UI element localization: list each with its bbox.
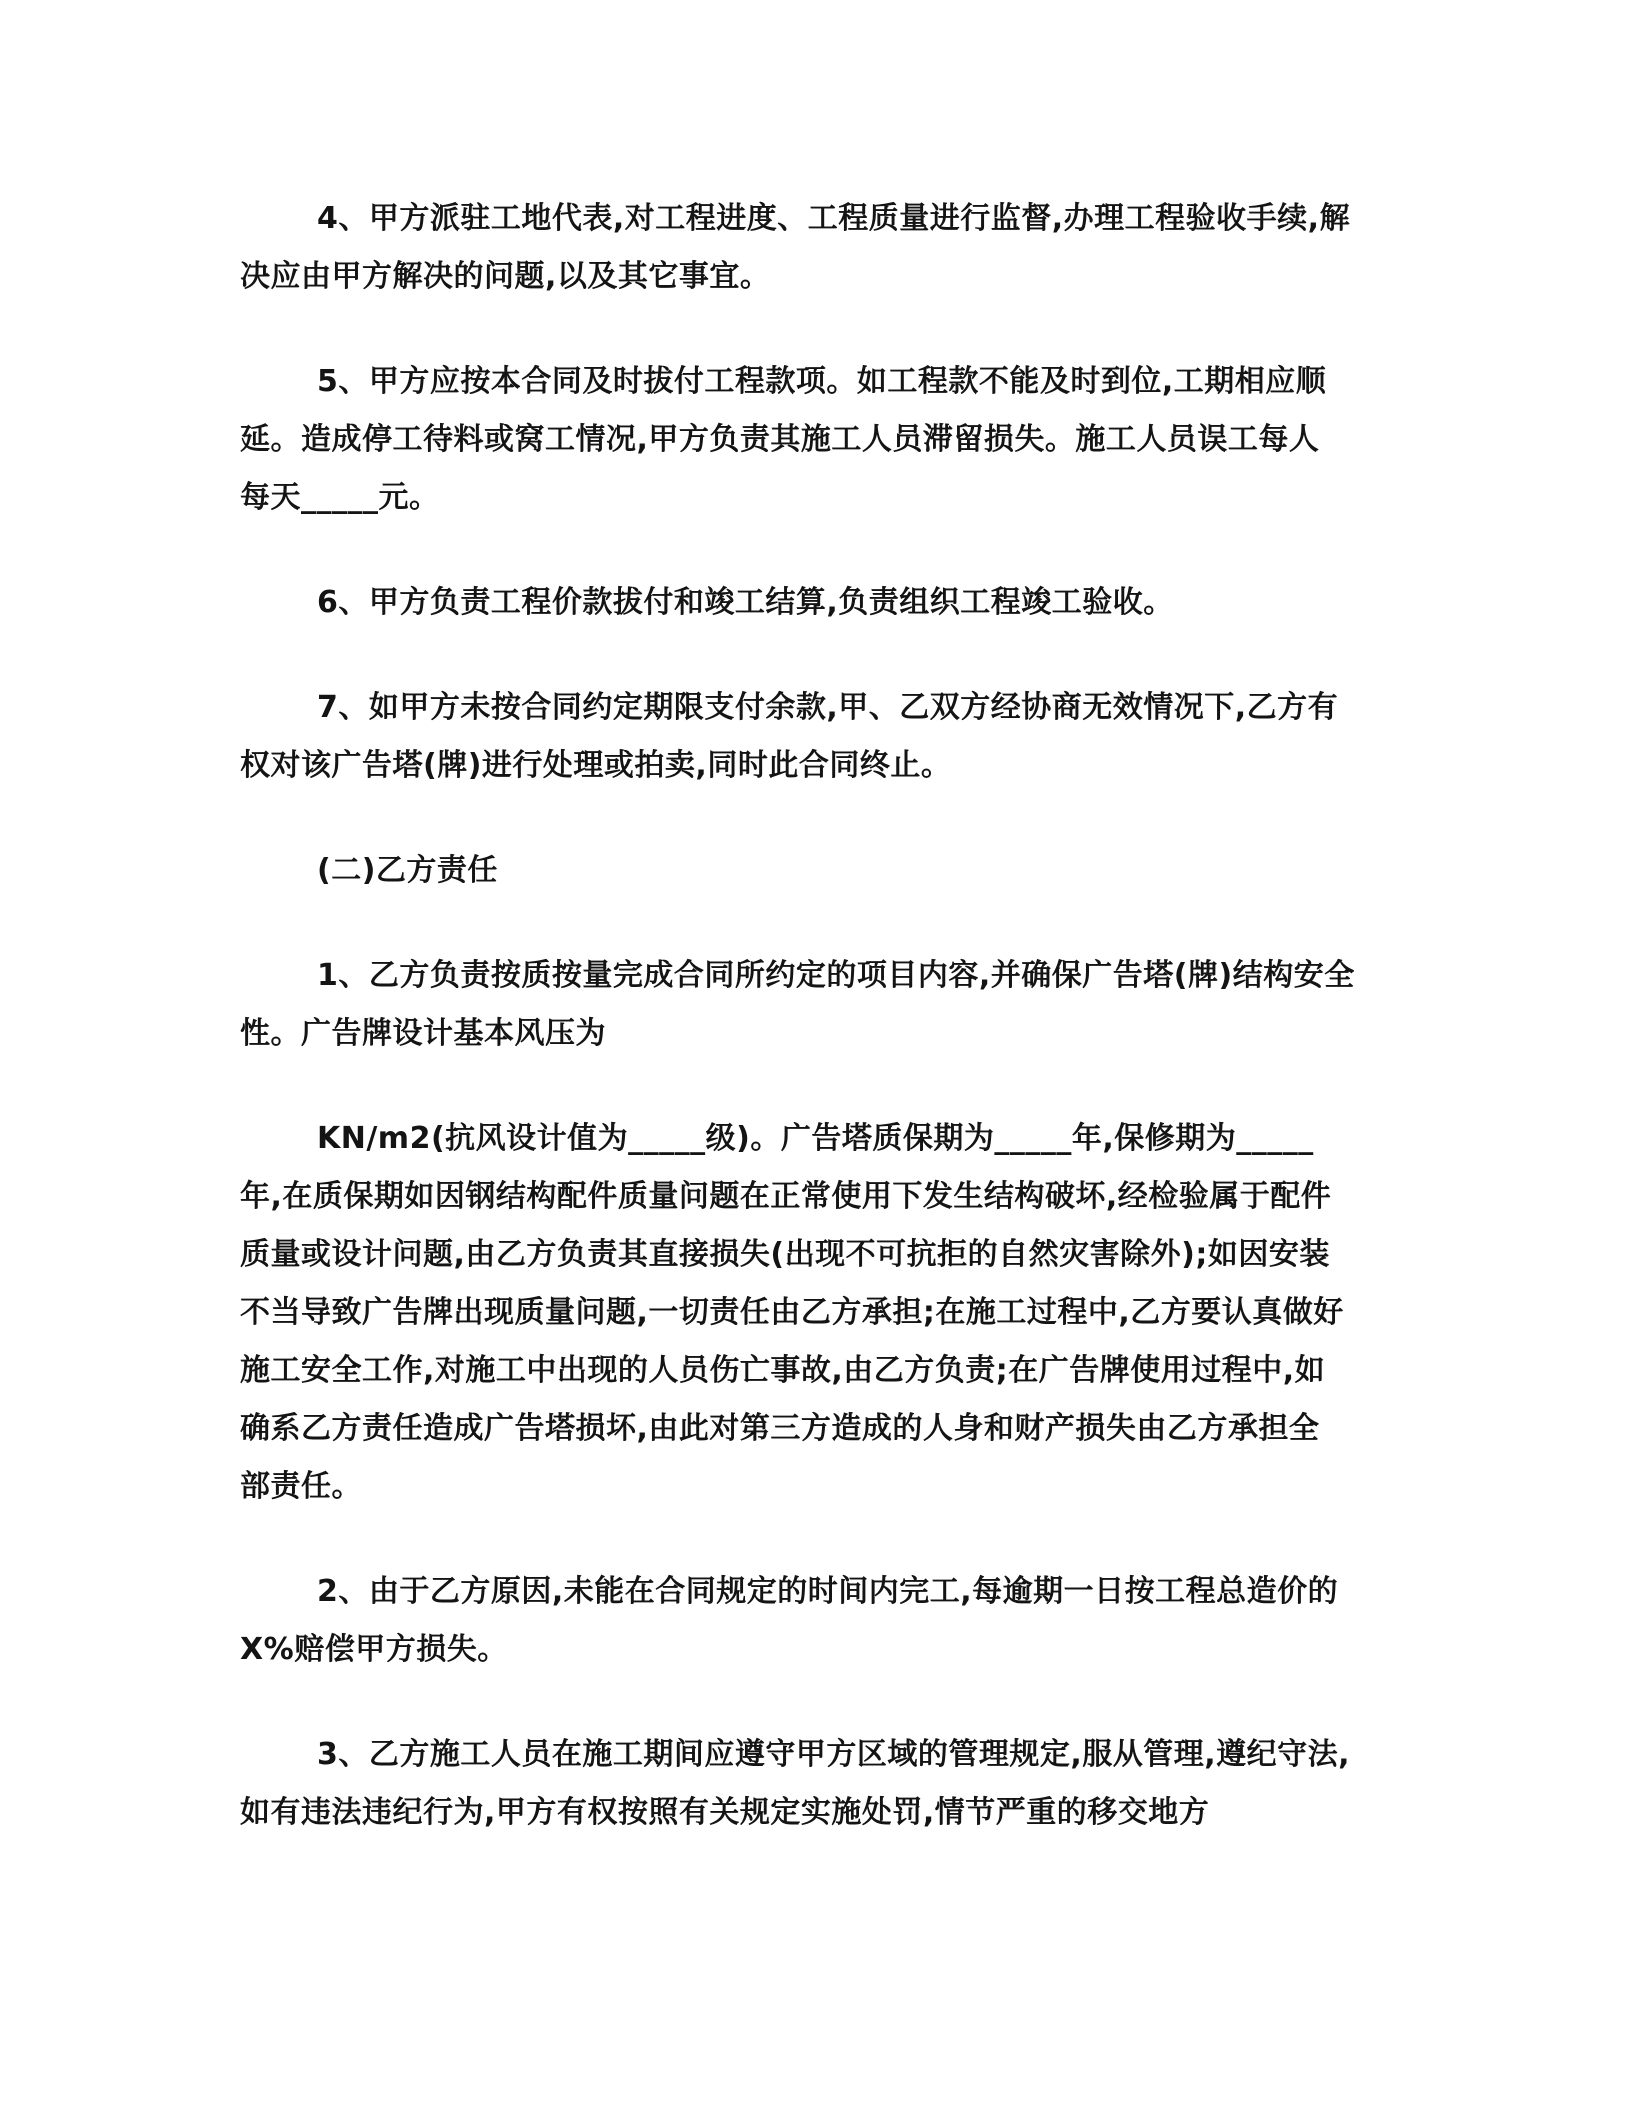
paragraph-party-b-item-1: 1、乙方负责按质按量完成合同所约定的项目内容,并确保广告塔(牌)结构安全 性。广… xyxy=(240,947,1400,1063)
paragraph-line: 3、乙方施工人员在施工期间应遵守甲方区域的管理规定,服从管理,遵纪守法, xyxy=(240,1726,1400,1784)
paragraph-line: 决应由甲方解决的问题,以及其它事宜。 xyxy=(240,248,1400,306)
paragraph-line: KN/m2(抗风设计值为_____级)。广告塔质保期为_____年,保修期为__… xyxy=(240,1110,1400,1168)
paragraph-line: 如有违法违纪行为,甲方有权按照有关规定实施处罚,情节严重的移交地方 xyxy=(240,1784,1400,1842)
paragraph-line: 1、乙方负责按质按量完成合同所约定的项目内容,并确保广告塔(牌)结构安全 xyxy=(240,947,1400,1005)
paragraph-line: 不当导致广告牌出现质量问题,一切责任由乙方承担;在施工过程中,乙方要认真做好 xyxy=(240,1284,1400,1342)
paragraph-party-a-item-6: 6、甲方负责工程价款拔付和竣工结算,负责组织工程竣工验收。 xyxy=(240,574,1400,632)
section-heading-party-b-responsibilities: (二)乙方责任 xyxy=(240,842,1400,900)
section-heading-text: (二)乙方责任 xyxy=(240,842,1400,900)
paragraph-line: 权对该广告塔(牌)进行处理或拍卖,同时此合同终止。 xyxy=(240,737,1400,795)
paragraph-party-a-item-5: 5、甲方应按本合同及时拔付工程款项。如工程款不能及时到位,工期相应顺 延。造成停… xyxy=(240,353,1400,527)
paragraph-line: 部责任。 xyxy=(240,1458,1400,1516)
paragraph-line: 延。造成停工待料或窝工情况,甲方负责其施工人员滞留损失。施工人员误工每人 xyxy=(240,411,1400,469)
paragraph-line: 每天_____元。 xyxy=(240,469,1400,527)
paragraph-party-b-item-2: 2、由于乙方原因,未能在合同规定的时间内完工,每逾期一日按工程总造价的 X%赔偿… xyxy=(240,1563,1400,1679)
paragraph-line: 7、如甲方未按合同约定期限支付余款,甲、乙双方经协商无效情况下,乙方有 xyxy=(240,679,1400,737)
paragraph-line: 质量或设计问题,由乙方负责其直接损失(出现不可抗拒的自然灾害除外);如因安装 xyxy=(240,1226,1400,1284)
paragraph-line: X%赔偿甲方损失。 xyxy=(240,1621,1400,1679)
document-body: 4、甲方派驻工地代表,对工程进度、工程质量进行监督,办理工程验收手续,解 决应由… xyxy=(240,190,1400,1889)
paragraph-party-a-item-7: 7、如甲方未按合同约定期限支付余款,甲、乙双方经协商无效情况下,乙方有 权对该广… xyxy=(240,679,1400,795)
paragraph-line: 6、甲方负责工程价款拔付和竣工结算,负责组织工程竣工验收。 xyxy=(240,574,1400,632)
paragraph-party-a-item-4: 4、甲方派驻工地代表,对工程进度、工程质量进行监督,办理工程验收手续,解 决应由… xyxy=(240,190,1400,306)
paragraph-party-b-item-3: 3、乙方施工人员在施工期间应遵守甲方区域的管理规定,服从管理,遵纪守法, 如有违… xyxy=(240,1726,1400,1842)
paragraph-line: 4、甲方派驻工地代表,对工程进度、工程质量进行监督,办理工程验收手续,解 xyxy=(240,190,1400,248)
paragraph-line: 性。广告牌设计基本风压为 xyxy=(240,1005,1400,1063)
paragraph-line: 5、甲方应按本合同及时拔付工程款项。如工程款不能及时到位,工期相应顺 xyxy=(240,353,1400,411)
paragraph-line: 确系乙方责任造成广告塔损坏,由此对第三方造成的人身和财产损失由乙方承担全 xyxy=(240,1400,1400,1458)
document-page: 4、甲方派驻工地代表,对工程进度、工程质量进行监督,办理工程验收手续,解 决应由… xyxy=(0,0,1632,2112)
paragraph-line: 2、由于乙方原因,未能在合同规定的时间内完工,每逾期一日按工程总造价的 xyxy=(240,1563,1400,1621)
paragraph-line: 施工安全工作,对施工中出现的人员伤亡事故,由乙方负责;在广告牌使用过程中,如 xyxy=(240,1342,1400,1400)
paragraph-party-b-item-1-continued: KN/m2(抗风设计值为_____级)。广告塔质保期为_____年,保修期为__… xyxy=(240,1110,1400,1516)
paragraph-line: 年,在质保期如因钢结构配件质量问题在正常使用下发生结构破坏,经检验属于配件 xyxy=(240,1168,1400,1226)
